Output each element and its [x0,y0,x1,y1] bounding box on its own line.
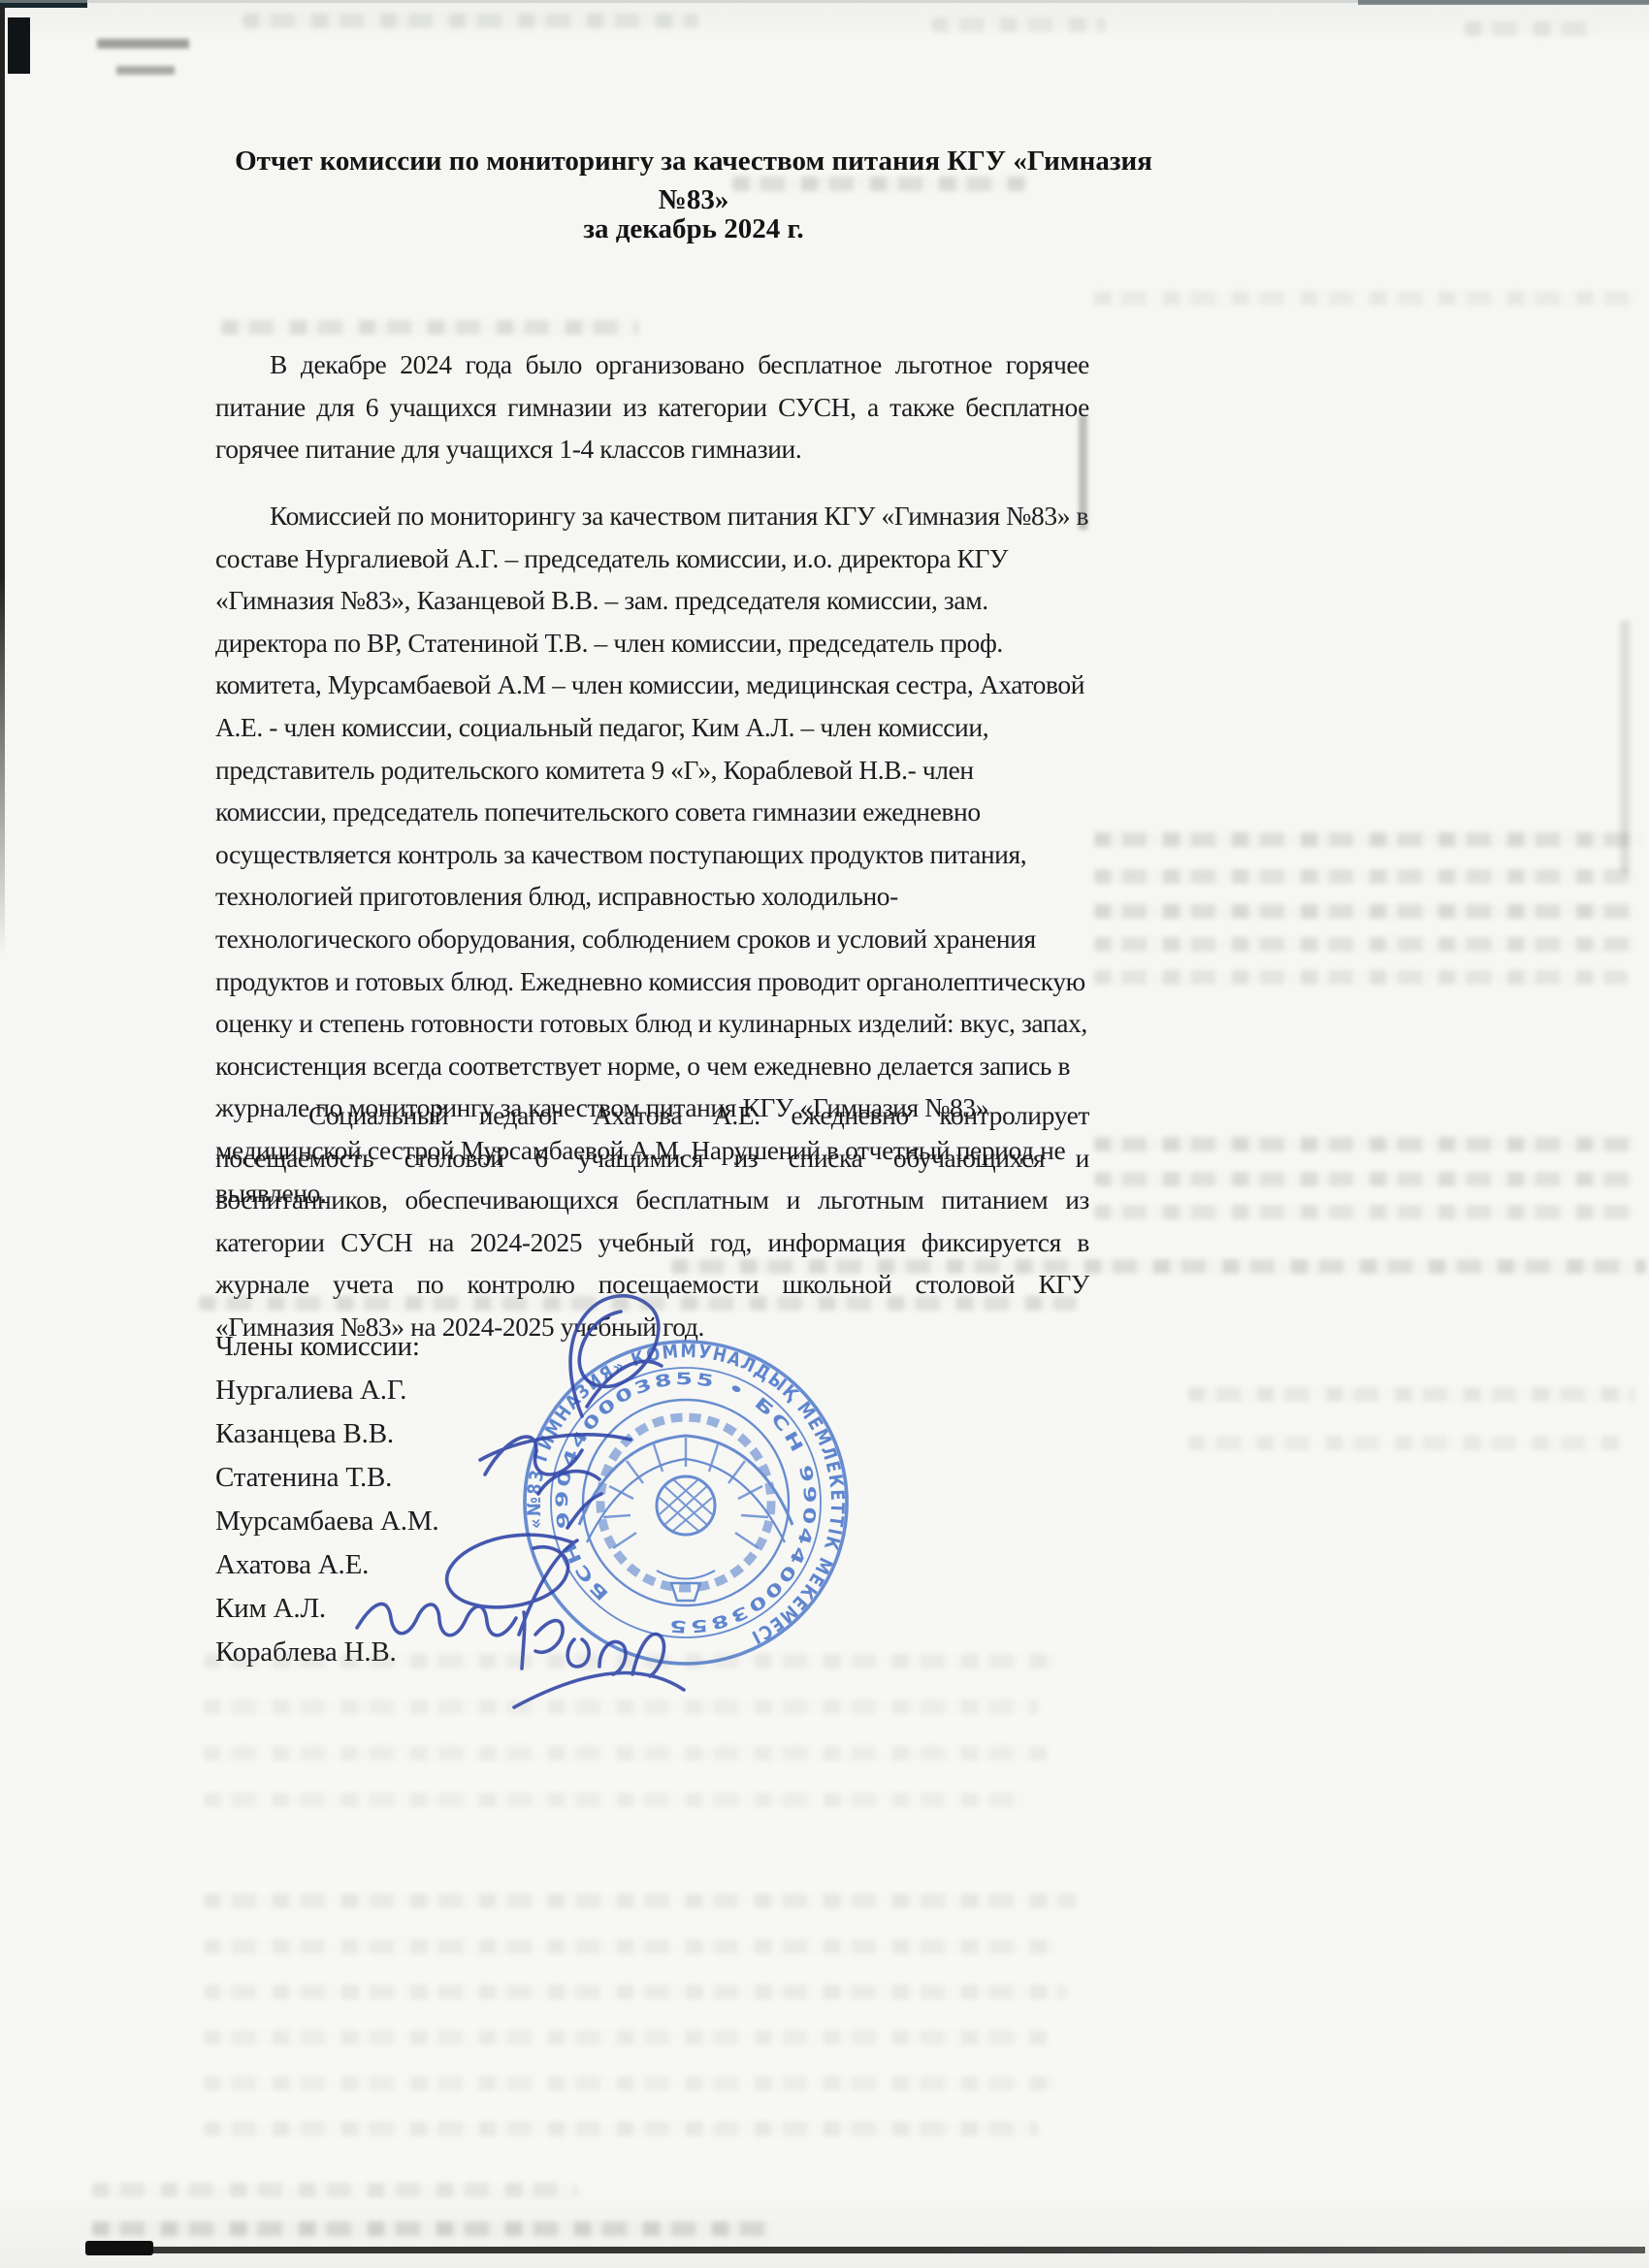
scan-bleed-artifact [92,2183,577,2197]
scan-bleed-artifact [1094,291,1637,306]
scan-bleed-artifact [204,2122,1038,2136]
signature-statenina [480,1435,630,1494]
scan-bleed-artifact [204,1939,1057,1954]
signature-mursambaeva [567,1494,601,1528]
scan-bleed-artifact [1094,904,1633,919]
signature-akhatova [447,1535,572,1607]
scan-bleed-artifact [931,17,1106,32]
scan-bleed-artifact [1094,832,1642,847]
paragraph-free-meals: В декабре 2024 года было организовано бе… [215,343,1089,470]
scan-edge-artifact [1358,0,1649,5]
scan-bleed-artifact [204,2030,1048,2045]
scan-bleed-artifact [204,2076,1057,2090]
scan-bleed-artifact [1094,1205,1637,1219]
scan-edge-artifact [8,17,30,74]
scan-smudge-artifact [97,39,189,49]
scan-edge-artifact [0,6,5,956]
scan-bleed-artifact [204,1985,1067,1999]
scan-bleed-artifact [1188,1387,1634,1402]
scan-bleed-artifact [1094,869,1637,884]
scanned-document-page: Отчет комиссии по мониторингу за качеств… [0,0,1649,2268]
signature-kim [357,1540,577,1636]
scan-bleed-artifact [1188,1436,1625,1450]
scan-edge-artifact [85,2241,153,2255]
document-title-line2: за декабрь 2024 г. [228,210,1159,248]
scan-edge-artifact [87,2247,1645,2253]
signature-korableva [514,1612,684,1707]
scan-bleed-artifact [221,320,638,335]
signature-flourish-top [570,1296,662,1416]
scan-bleed-artifact [1094,1137,1637,1151]
scan-bleed-artifact [204,1793,1028,1807]
scan-bleed-artifact [242,14,698,28]
handwritten-signatures [291,1251,1028,1756]
scan-bleed-artifact [1465,21,1600,36]
scan-edge-artifact [0,0,1649,3]
scan-smudge-artifact [116,66,175,75]
scan-bleed-artifact [1094,937,1637,952]
scan-bleed-artifact [204,1894,1077,1908]
scan-smudge-artifact [1620,621,1630,873]
scan-bleed-artifact [1094,1172,1633,1186]
scan-bleed-artifact [1094,970,1628,985]
document-title-line1: Отчет комиссии по мониторингу за качеств… [228,142,1159,219]
scan-edge-artifact [0,0,87,8]
scan-bleed-artifact [92,2221,771,2236]
